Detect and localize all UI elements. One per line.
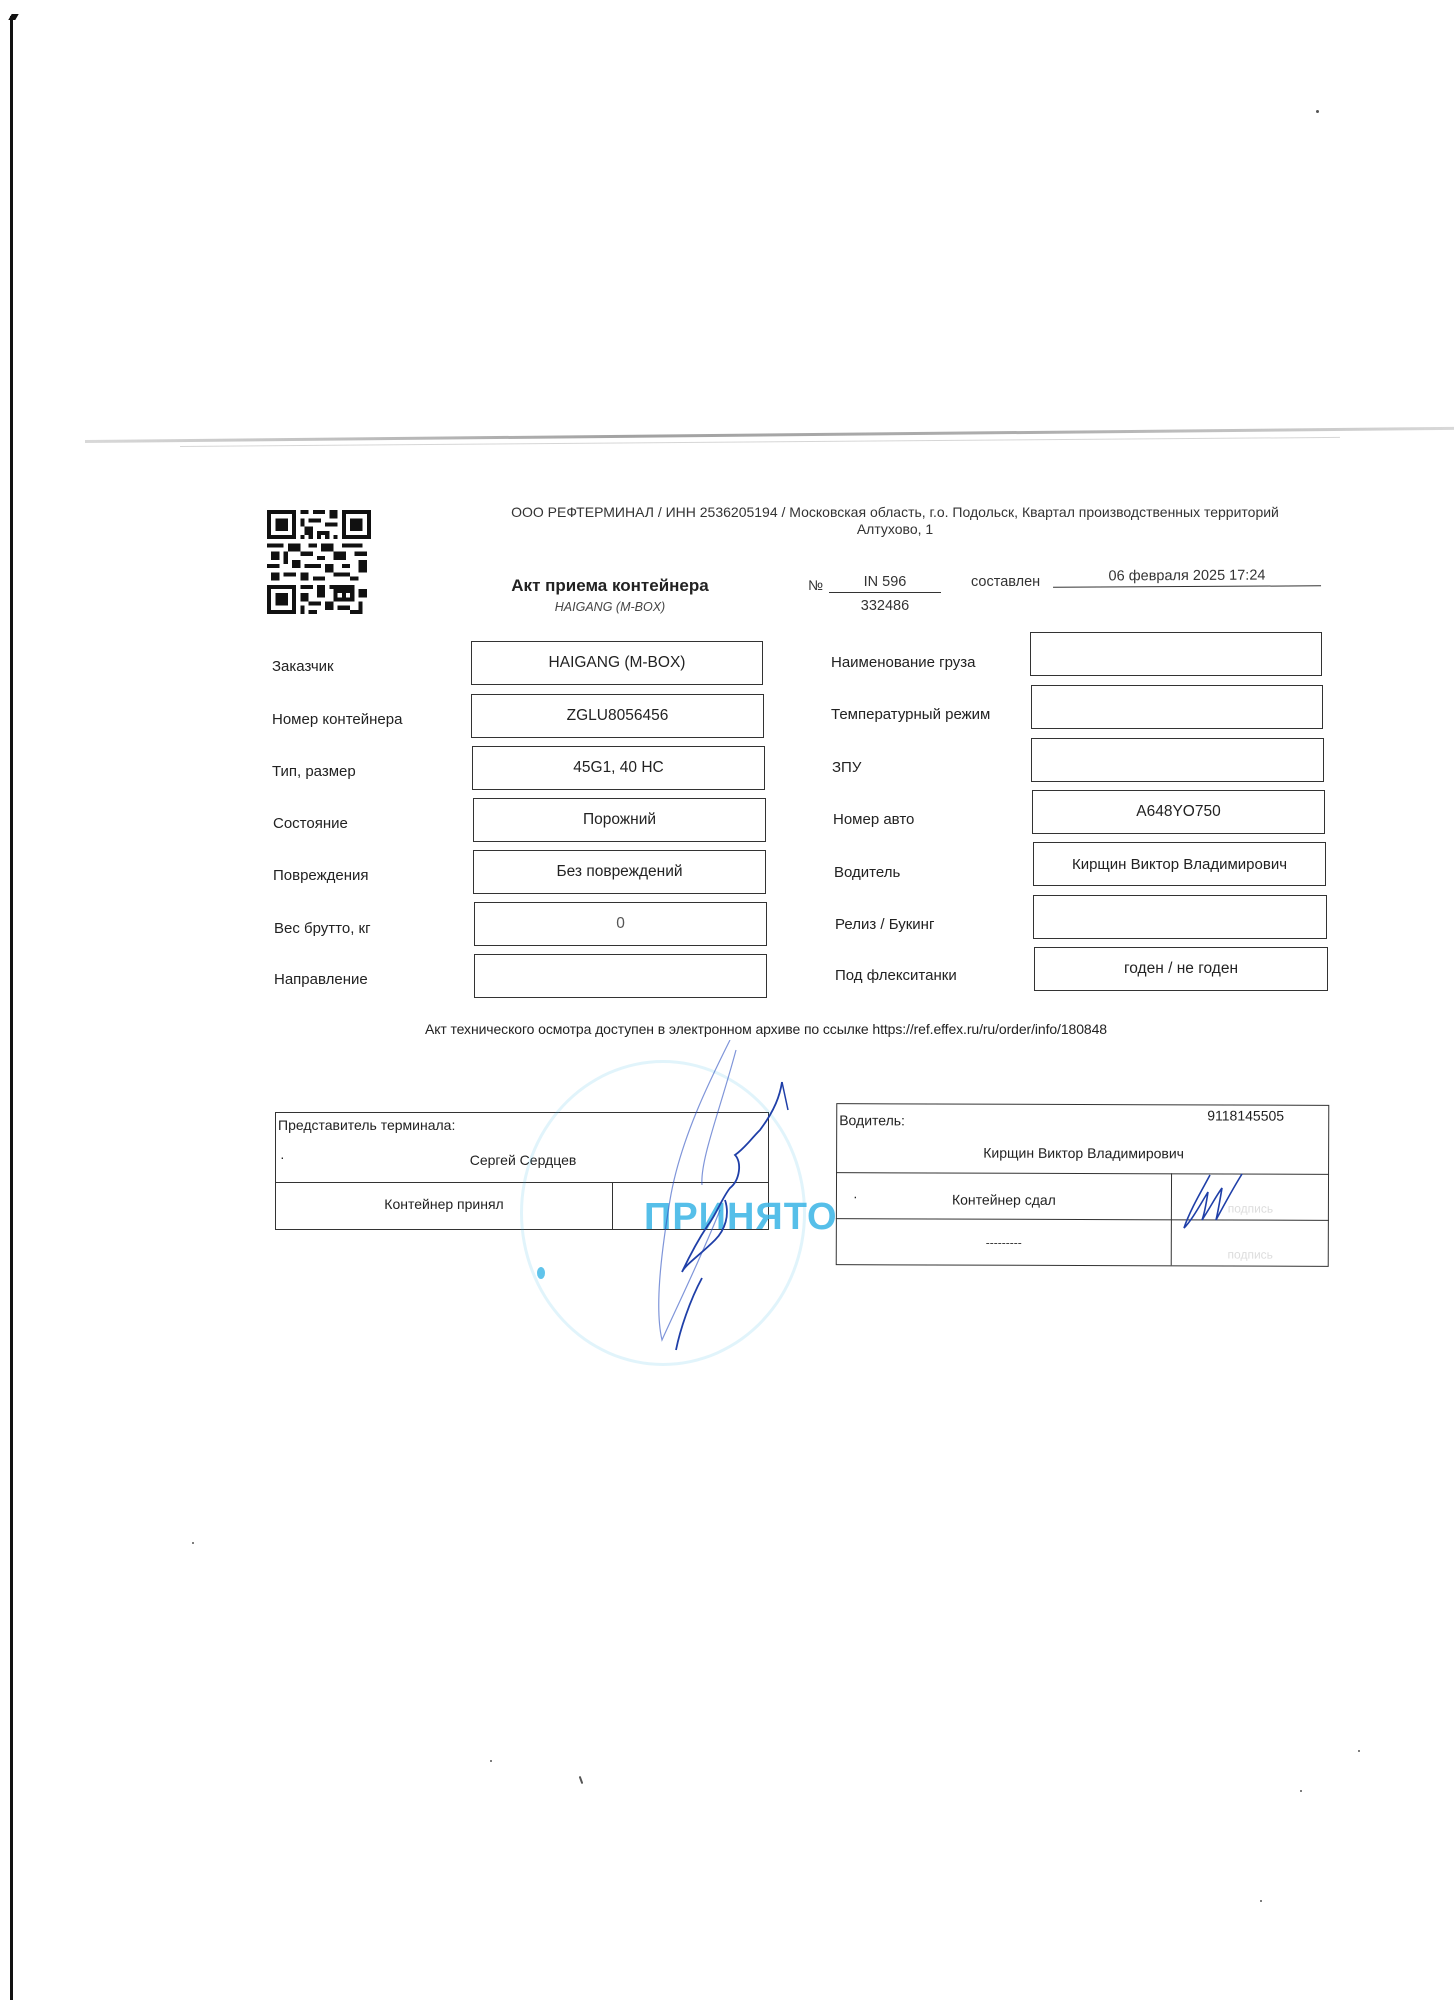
scan-speck (1358, 1750, 1360, 1752)
field-vehicle-number: A648YO750 (1032, 790, 1325, 834)
label-condition: Состояние (273, 815, 348, 832)
document-number: IN 596 (829, 574, 941, 593)
number-label: № (808, 577, 823, 593)
field-direction (474, 954, 767, 998)
driver-dashes: --------- (837, 1235, 1171, 1250)
driver-phone: 9118145505 (1207, 1107, 1284, 1123)
field-cargo-name (1030, 632, 1322, 676)
made-date: 06 февраля 2025 17:24 (1053, 567, 1321, 587)
label-flexitank: Под флекситанки (835, 967, 957, 984)
accepted-stamp: ПРИНЯТО (644, 1196, 838, 1239)
made-label: составлен (971, 574, 1040, 590)
company-line-1: ООО РЕФТЕРМИНАЛ / ИНН 2536205194 / Моско… (470, 504, 1320, 521)
scan-speck (579, 1776, 584, 1784)
driver-signature-table: Водитель: 9118145505 Кирщин Виктор Влади… (836, 1103, 1330, 1267)
field-seal (1031, 738, 1324, 782)
label-seal: ЗПУ (832, 759, 861, 776)
scan-speck (1316, 110, 1319, 113)
scan-edge (10, 16, 13, 2000)
field-damage: Без повреждений (473, 850, 766, 894)
field-type-size: 45G1, 40 HC (472, 746, 765, 790)
scan-speck (1260, 1900, 1262, 1902)
driver-signature-placeholder-2[interactable]: подпись (1173, 1247, 1328, 1262)
divider (836, 1172, 1329, 1175)
field-container-number: ZGLU8056456 (471, 694, 764, 738)
label-direction: Направление (274, 971, 368, 988)
inspection-footnote: Акт технического осмотра доступен в элек… (425, 1021, 1185, 1037)
scan-speck (490, 1760, 492, 1762)
company-line-2: Алтухово, 1 (470, 521, 1320, 538)
field-customer: HAIGANG (M-BOX) (471, 641, 763, 685)
qr-code-icon (267, 510, 371, 614)
field-release-booking (1033, 895, 1327, 939)
document-title: Акт приема контейнера (470, 576, 750, 596)
label-damage: Повреждения (273, 867, 369, 884)
document-title-block: Акт приема контейнера HAIGANG (M-BOX) (470, 576, 750, 614)
driver-title: Водитель: (839, 1112, 905, 1128)
label-driver: Водитель (834, 864, 900, 881)
label-cargo-name: Наименование груза (831, 654, 976, 671)
label-temperature: Температурный режим (831, 706, 990, 723)
document-subtitle: HAIGANG (M-BOX) (470, 600, 750, 614)
field-temperature (1031, 685, 1323, 729)
scan-edge-tick (8, 14, 18, 20)
field-condition: Порожний (473, 798, 766, 842)
label-type-size: Тип, размер (272, 763, 356, 780)
driver-signature-placeholder[interactable]: подпись (1173, 1201, 1328, 1216)
company-header: ООО РЕФТЕРМИНАЛ / ИНН 2536205194 / Моско… (470, 504, 1320, 538)
scan-speck (1300, 1790, 1302, 1792)
field-flexitank: годен / не годен (1034, 947, 1328, 991)
field-driver: Кирщин Виктор Владимирович (1033, 842, 1326, 886)
label-vehicle-number: Номер авто (833, 811, 914, 828)
document-number-sub: 332486 (829, 598, 941, 614)
label-gross-weight: Вес брутто, кг (274, 920, 371, 937)
container-handed-over-label: Контейнер сдал (837, 1191, 1171, 1208)
driver-name: Кирщин Виктор Владимирович (837, 1144, 1330, 1162)
label-container-number: Номер контейнера (272, 711, 402, 728)
scan-speck (192, 1542, 194, 1544)
field-gross-weight: 0 (474, 902, 767, 946)
label-customer: Заказчик (272, 658, 334, 675)
terminal-rep-title: Представитель терминала: (278, 1117, 455, 1133)
label-release-booking: Релиз / Букинг (835, 916, 934, 933)
divider (836, 1218, 1329, 1221)
